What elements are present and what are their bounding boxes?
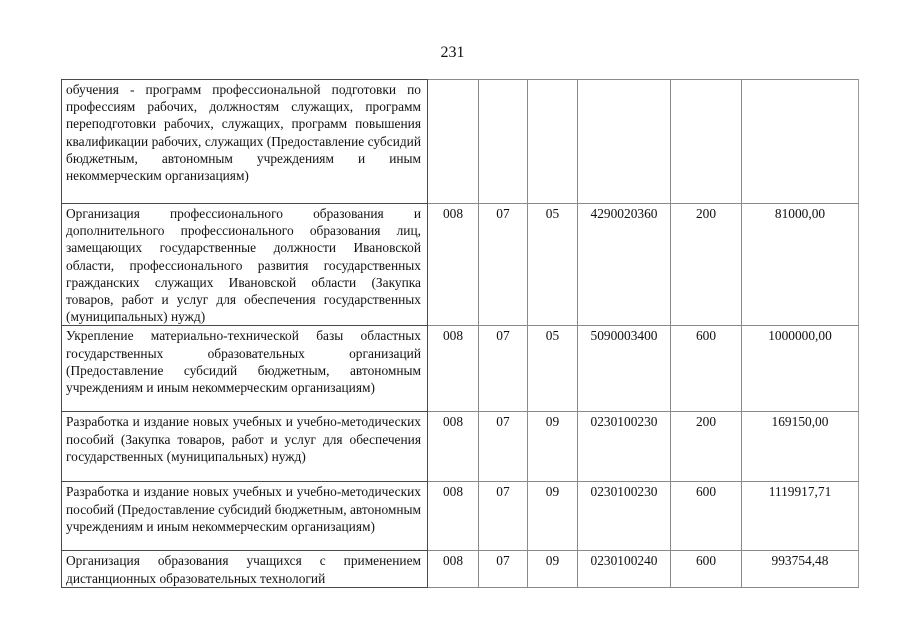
target-article-cell: 5090003400: [578, 326, 671, 412]
subsection-cell: 09: [528, 482, 578, 551]
target-article-cell: 0230100230: [578, 482, 671, 551]
row-description: Организация профессионального образовани…: [62, 204, 428, 326]
table-row: Разработка и издание новых учебных и уче…: [62, 412, 859, 482]
expense-type-cell: 600: [671, 482, 742, 551]
expense-type-cell: [671, 80, 742, 204]
row-description: Организация образования учащихся с приме…: [62, 551, 428, 587]
section-cell: 07: [479, 204, 528, 326]
ministry-code-cell: [428, 80, 479, 204]
target-article-cell: 0230100230: [578, 412, 671, 482]
table-row: Организация образования учащихся с приме…: [62, 551, 859, 587]
ministry-code-cell: 008: [428, 326, 479, 412]
subsection-cell: 09: [528, 412, 578, 482]
ministry-code-cell: 008: [428, 482, 479, 551]
section-cell: 07: [479, 326, 528, 412]
expense-type-cell: 200: [671, 412, 742, 482]
section-cell: 07: [479, 551, 528, 587]
ministry-code-cell: 008: [428, 204, 479, 326]
target-article-cell: 0230100240: [578, 551, 671, 587]
table-row: Организация профессионального образовани…: [62, 204, 859, 326]
ministry-code-cell: 008: [428, 551, 479, 587]
target-article-cell: 4290020360: [578, 204, 671, 326]
subsection-cell: 05: [528, 204, 578, 326]
ministry-code-cell: 008: [428, 412, 479, 482]
row-description: Разработка и издание новых учебных и уче…: [62, 482, 428, 551]
table-row: Укрепление материально-технической базы …: [62, 326, 859, 412]
page-number: 231: [0, 44, 905, 62]
expense-type-cell: 600: [671, 326, 742, 412]
row-description: Укрепление материально-технической базы …: [62, 326, 428, 412]
amount-cell: [742, 80, 859, 204]
amount-cell: 81000,00: [742, 204, 859, 326]
table-row: Разработка и издание новых учебных и уче…: [62, 482, 859, 551]
amount-cell: 169150,00: [742, 412, 859, 482]
expense-type-cell: 600: [671, 551, 742, 587]
table-row: обучения - программ профессиональной под…: [62, 80, 859, 204]
amount-cell: 1000000,00: [742, 326, 859, 412]
budget-table: обучения - программ профессиональной под…: [61, 79, 859, 588]
section-cell: 07: [479, 482, 528, 551]
section-cell: [479, 80, 528, 204]
row-description: Разработка и издание новых учебных и уче…: [62, 412, 428, 482]
target-article-cell: [578, 80, 671, 204]
section-cell: 07: [479, 412, 528, 482]
subsection-cell: [528, 80, 578, 204]
amount-cell: 993754,48: [742, 551, 859, 587]
row-description: обучения - программ профессиональной под…: [62, 80, 428, 204]
subsection-cell: 09: [528, 551, 578, 587]
amount-cell: 1119917,71: [742, 482, 859, 551]
subsection-cell: 05: [528, 326, 578, 412]
expense-type-cell: 200: [671, 204, 742, 326]
